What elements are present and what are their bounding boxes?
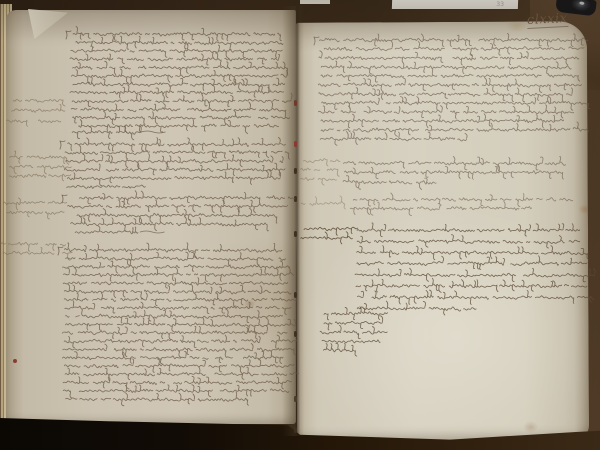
right-para-4 (355, 223, 595, 315)
left-para-3 (62, 191, 295, 232)
right-para-2 (343, 156, 565, 189)
left-margin-note-3 (4, 198, 67, 219)
left-para-1 (66, 27, 292, 134)
handwriting-layer (0, 0, 600, 450)
left-flourish-line-2 (75, 226, 164, 234)
left-para-4 (58, 243, 298, 406)
right-signature-block (320, 307, 387, 356)
right-margin-note-3 (301, 227, 358, 244)
right-margin-note-1 (301, 159, 340, 185)
left-margin-note-1 (7, 99, 65, 126)
right-para-3 (350, 193, 573, 216)
right-margin-note-2 (301, 196, 345, 209)
left-flourish-line-1 (72, 126, 165, 140)
folio-number: clxxix (527, 11, 568, 29)
left-para-2 (60, 137, 290, 188)
left-margin-note-2 (9, 151, 71, 181)
manuscript-photo: 33 clxxix (0, 0, 600, 450)
right-para-1 (314, 34, 590, 146)
left-margin-note-4 (1, 242, 72, 260)
